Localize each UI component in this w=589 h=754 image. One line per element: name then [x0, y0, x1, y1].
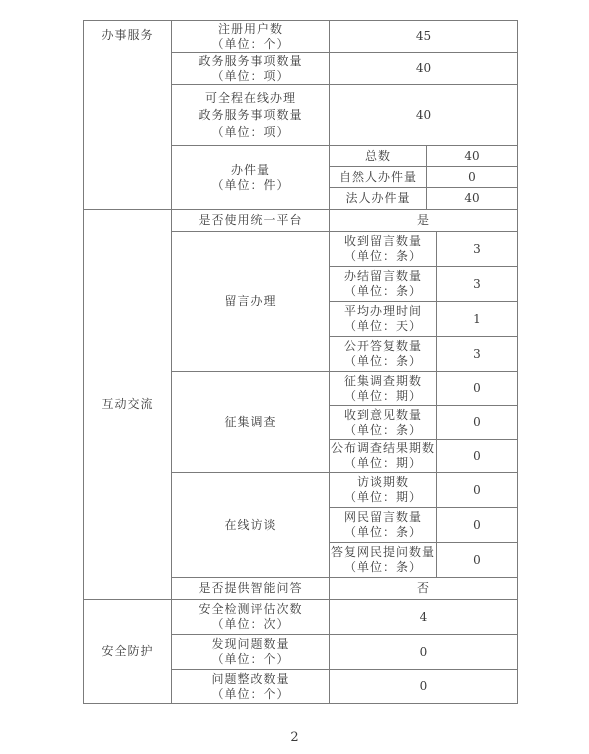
subrow-value-opinions-received: 0 — [437, 406, 517, 440]
subrow-value-survey-periods: 0 — [437, 372, 517, 406]
row-label-smart-qa: 是否提供智能问答 — [172, 578, 330, 600]
subrow-value-case-legal-person: 40 — [427, 188, 517, 210]
subrow-label-case-natural-person: 自然人办件量 — [330, 167, 427, 188]
row-label-problems-found: 发现问题数量 （单位：个） — [172, 635, 330, 670]
row-label-full-online-items: 可全程在线办理 政务服务事项数量 （单位：项） — [172, 85, 330, 146]
row-value-gov-service-items: 40 — [330, 53, 517, 85]
subrow-label-messages-resolved: 办结留言数量 （单位：条） — [330, 267, 437, 302]
row-label-unified-platform: 是否使用统一平台 — [172, 210, 330, 232]
subrow-value-survey-results-published: 0 — [437, 440, 517, 473]
subrow-label-average-handling-time: 平均办理时间 （单位：天） — [330, 302, 437, 337]
row-label-message-handling: 留言办理 — [172, 232, 330, 372]
subrow-value-case-natural-person: 0 — [427, 167, 517, 188]
subrow-label-messages-received: 收到留言数量 （单位：条） — [330, 232, 437, 267]
row-value-unified-platform: 是 — [330, 210, 517, 232]
row-label-case-volume: 办件量 （单位：件） — [172, 146, 330, 210]
subrow-value-messages-resolved: 3 — [437, 267, 517, 302]
row-value-smart-qa: 否 — [330, 578, 517, 600]
row-label-online-interview: 在线访谈 — [172, 473, 330, 578]
subrow-label-netizen-messages: 网民留言数量 （单位：条） — [330, 508, 437, 543]
row-label-problems-rectified: 问题整改数量 （单位：个） — [172, 670, 330, 703]
row-value-registered-users: 45 — [330, 21, 517, 53]
row-label-opinion-survey: 征集调查 — [172, 372, 330, 473]
subrow-label-netizen-questions-answered: 答复网民提问数量 （单位：条） — [330, 543, 437, 578]
subrow-label-case-legal-person: 法人办件量 — [330, 188, 427, 210]
section-label-security: 安全防护 — [84, 600, 172, 703]
subrow-label-survey-periods: 征集调查期数 （单位：期） — [330, 372, 437, 406]
document-page: { "colors": { "border": "#7b7b7b", "text… — [0, 0, 589, 754]
row-value-security-assessments: 4 — [330, 600, 517, 635]
row-value-problems-found: 0 — [330, 635, 517, 670]
subrow-label-public-replies: 公开答复数量 （单位：条） — [330, 337, 437, 372]
section-label-interaction: 互动交流 — [84, 210, 172, 600]
subrow-value-public-replies: 3 — [437, 337, 517, 372]
row-value-problems-rectified: 0 — [330, 670, 517, 703]
subrow-value-case-total: 40 — [427, 146, 517, 167]
report-table: 办事服务 互动交流 安全防护 注册用户数 （单位：个） 45 政务服务事项数量 … — [83, 20, 518, 704]
subrow-label-opinions-received: 收到意见数量 （单位：条） — [330, 406, 437, 440]
row-value-full-online-items: 40 — [330, 85, 517, 146]
subrow-value-messages-received: 3 — [437, 232, 517, 267]
subrow-value-netizen-questions-answered: 0 — [437, 543, 517, 578]
section-label-service: 办事服务 — [84, 21, 172, 210]
row-label-gov-service-items: 政务服务事项数量 （单位：项） — [172, 53, 330, 85]
row-label-registered-users: 注册用户数 （单位：个） — [172, 21, 330, 53]
subrow-value-netizen-messages: 0 — [437, 508, 517, 543]
subrow-value-average-handling-time: 1 — [437, 302, 517, 337]
subrow-value-interview-periods: 0 — [437, 473, 517, 508]
row-label-security-assessments: 安全检测评估次数 （单位：次） — [172, 600, 330, 635]
subrow-label-interview-periods: 访谈期数 （单位：期） — [330, 473, 437, 508]
subrow-label-case-total: 总数 — [330, 146, 427, 167]
subrow-label-survey-results-published: 公布调查结果期数 （单位：期） — [330, 440, 437, 473]
page-number: 2 — [0, 730, 589, 745]
